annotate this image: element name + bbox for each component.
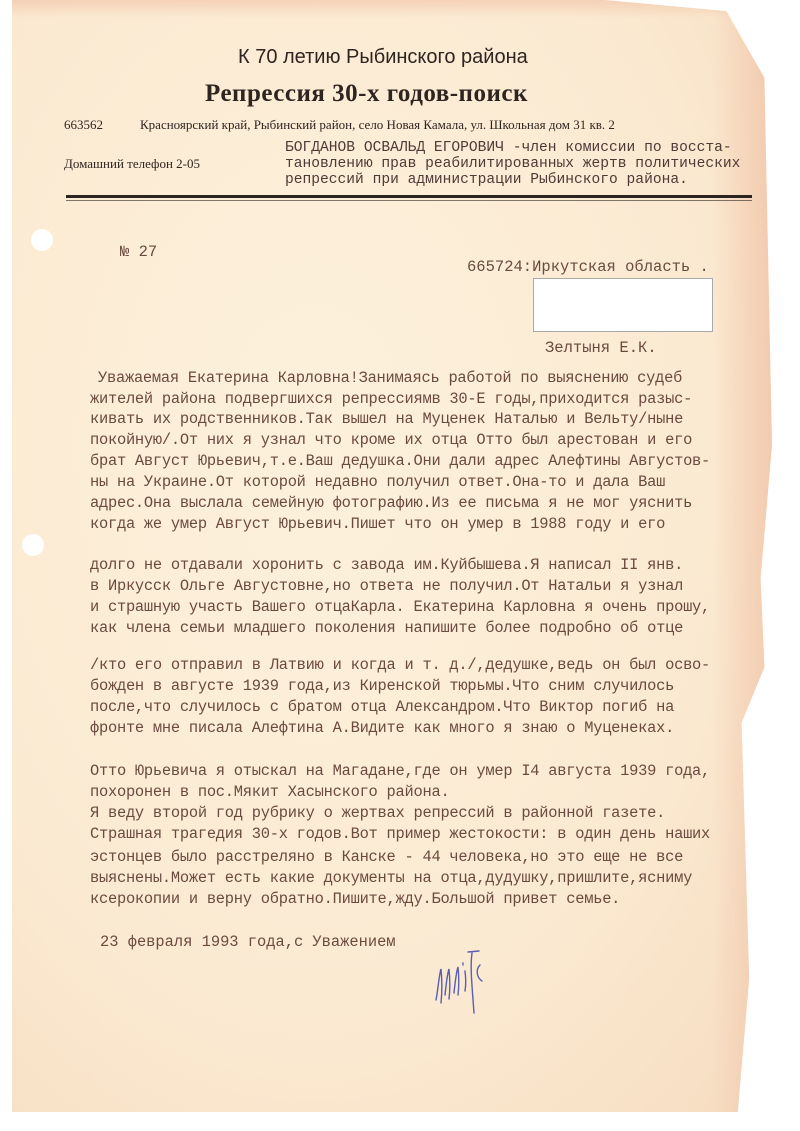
body-line: адрес.Она выслала семейную фотографию.Из… bbox=[90, 494, 692, 512]
body-line: фронте мне писала Алефтина А.Видите как … bbox=[90, 719, 674, 737]
body-line: /кто его отправил в Латвию и когда и т. … bbox=[90, 656, 710, 674]
body-line: брат Август Юрьевич,т.е.Ваш дедушка.Они … bbox=[90, 452, 710, 470]
punch-hole bbox=[31, 229, 53, 251]
body-line: и страшную участь Вашего отцаКарла. Екат… bbox=[90, 598, 710, 616]
body-line: похоронен в пос.Мякит Хасынского района. bbox=[90, 783, 449, 801]
author-line: БОГДАНОВ ОСВАЛЬД ЕГОРОВИЧ -член комиссии… bbox=[285, 140, 740, 156]
recipient-address: 665724:Иркутская область . bbox=[467, 258, 709, 276]
home-phone: Домашний телефон 2-05 bbox=[64, 156, 200, 172]
header-rule bbox=[66, 195, 752, 198]
postcode: 663562 bbox=[64, 117, 103, 133]
body-line: эстонцев было расстреляно в Канске - 44 … bbox=[90, 848, 683, 866]
body-line: выяснены.Может есть какие документы на о… bbox=[90, 869, 692, 887]
body-line: Отто Юрьевича я отыскал на Магадане,где … bbox=[90, 762, 710, 780]
recipient-name: Зелтыня Е.К. bbox=[545, 339, 657, 357]
header-rule-thin bbox=[66, 200, 752, 201]
body-line: долго не отдавали хоронить с завода им.К… bbox=[90, 556, 683, 574]
paper-stain bbox=[12, 0, 772, 18]
body-line: божден в августе 1939 года,из Киренской … bbox=[90, 677, 674, 695]
signature-icon bbox=[432, 945, 502, 1020]
anniversary-line: К 70 летию Рыбинского района bbox=[238, 46, 528, 69]
body-line: как члена семьи младшего поколения напиш… bbox=[90, 619, 683, 637]
body-line: покойную/.От них я узнал что кроме их от… bbox=[90, 431, 692, 449]
body-line: Я веду второй год рубрику о жертвах репр… bbox=[90, 804, 665, 822]
body-line: Уважаемая Екатерина Карловна!Занимаясь р… bbox=[98, 369, 682, 387]
body-line: когда же умер Август Юрьевич.Пишет что о… bbox=[90, 515, 665, 533]
letter-number: № 27 bbox=[120, 243, 157, 261]
punch-hole bbox=[22, 534, 44, 556]
author-block: БОГДАНОВ ОСВАЛЬД ЕГОРОВИЧ -член комиссии… bbox=[285, 140, 740, 188]
body-line: ксерокопии и верну обратно.Пишите,жду.Бо… bbox=[90, 890, 620, 908]
author-line: репрессий при администрации Рыбинского р… bbox=[285, 172, 740, 188]
letterhead-title: Репрессия 30-х годов-поиск bbox=[205, 80, 528, 108]
body-line: жителей района подвергшихся репрессиямв … bbox=[90, 390, 692, 408]
redacted-address-box bbox=[533, 278, 713, 332]
body-line: ны на Украине.От которой недавно получил… bbox=[90, 473, 665, 491]
body-line: в Иркусск Ольге Августовне,но ответа не … bbox=[90, 577, 683, 595]
body-line: Страшная трагедия 30-х годов.Вот пример … bbox=[90, 825, 710, 843]
closing-line: 23 февраля 1993 года,с Уважением bbox=[100, 933, 396, 951]
sender-address: Красноярский край, Рыбинский район, село… bbox=[140, 117, 615, 133]
body-line: после,что случилось с братом отца Алекса… bbox=[90, 698, 674, 716]
body-line: кивать их родственников.Так вышел на Муц… bbox=[90, 410, 683, 428]
author-line: тановлению прав реабилитированных жертв … bbox=[285, 156, 740, 172]
